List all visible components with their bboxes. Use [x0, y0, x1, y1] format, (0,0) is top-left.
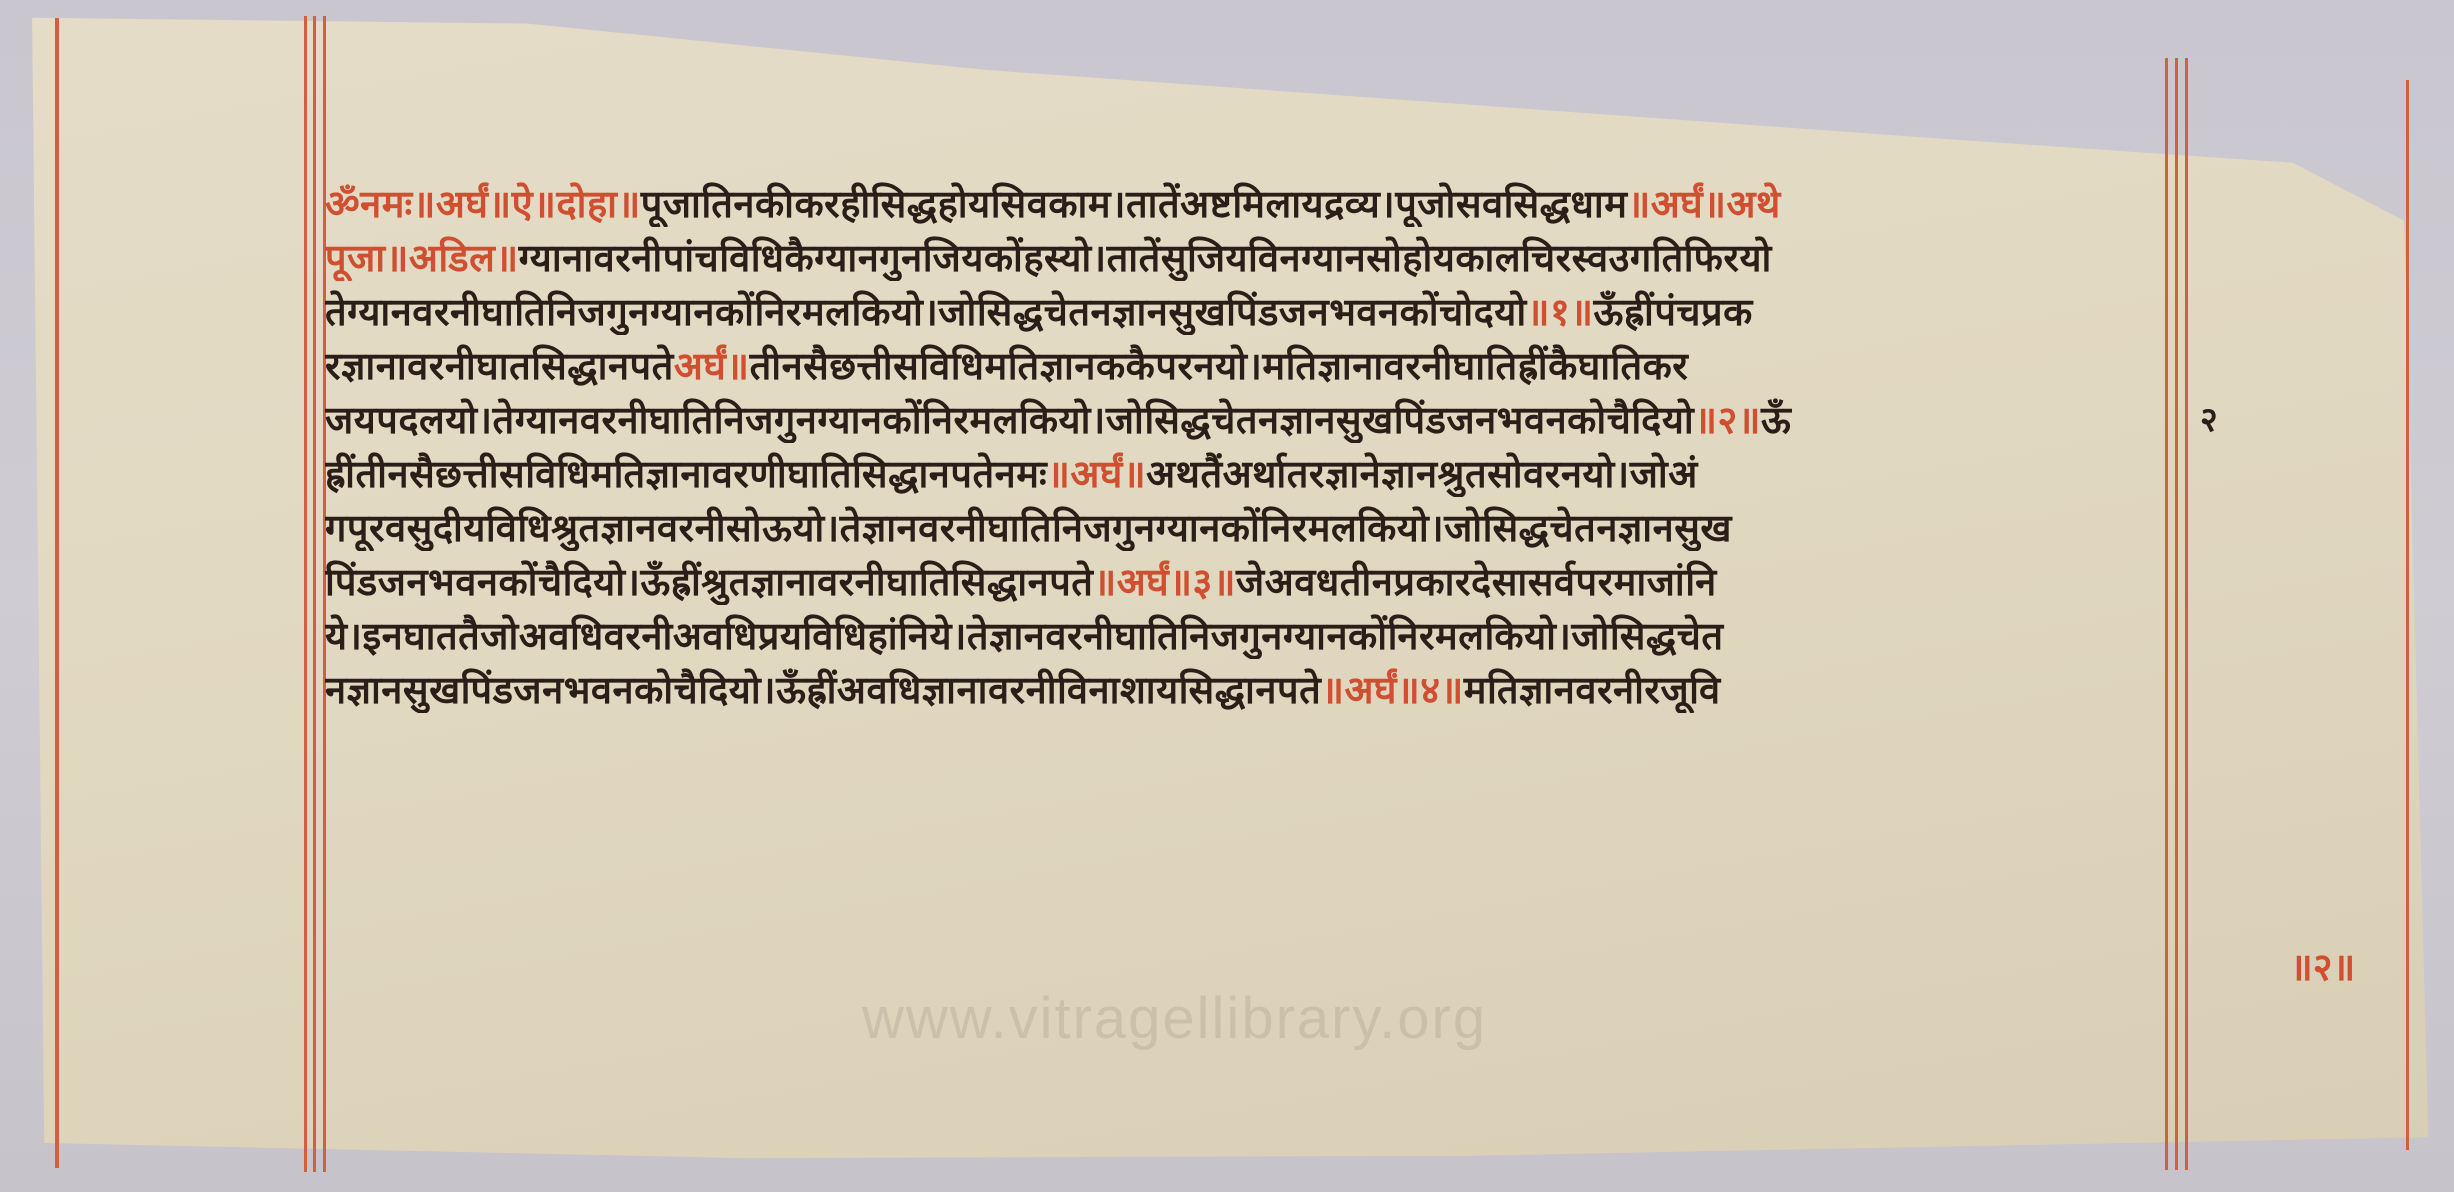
- line-text: जेअवधतीनप्रकारदेसासर्वपरमाजांनि: [1236, 559, 1717, 604]
- margin-numeral: २: [2200, 395, 2218, 441]
- watermark: www.vitragellibrary.org: [862, 985, 1487, 1052]
- line-text: तेग्यानवरनीघातिनिजगुनग्यानकोंनिरमलकियो।ज…: [325, 289, 1527, 334]
- left-margin-rule-1: [304, 16, 307, 1172]
- line-text: जयपदलयो।तेग्यानवरनीघातिनिजगुनग्यानकोंनिर…: [325, 397, 1694, 442]
- text-line-10: नज्ञानसुखपिंडजनभवनकोचैदियो।ऊँह्रींअवधिज्…: [325, 666, 2170, 713]
- folio-number-text: ॥२॥: [2290, 944, 2355, 989]
- text-line-8: पिंडजनभवनकोंचैदियो।ऊँह्रींश्रुतज्ञानावरन…: [325, 558, 2170, 605]
- line-text: नज्ञानसुखपिंडजनभवनकोचैदियो।ऊँह्रींअवधिज्…: [325, 667, 1321, 712]
- line-text: गपूरवसुदीयविधिश्रुतज्ञानवरनीसोऊयो।तेज्ञा…: [325, 505, 1732, 550]
- manuscript-text: ॐनमः॥अर्घं॥ऐ॥दोहा॥पूजातिनकीकरहीसिद्धहोयस…: [325, 180, 2170, 720]
- verse-number: ॥२॥: [1694, 397, 1761, 442]
- line-text: पिंडजनभवनकोंचैदियो।ऊँह्रींश्रुतज्ञानावरन…: [325, 559, 1093, 604]
- text-line-6: ह्रींतीनसैछत्तीसविधिमतिज्ञानावरणीघातिसिद…: [325, 450, 2170, 497]
- left-margin-rule-2: [313, 16, 316, 1172]
- text-line-3: तेग्यानवरनीघातिनिजगुनग्यानकोंनिरमलकियो।ज…: [325, 288, 2170, 335]
- right-margin-rule-2: [2175, 58, 2178, 1170]
- red-marker: ॥अर्घं॥४॥: [1321, 667, 1464, 712]
- line-text: ये।इनघाततैजोअवधिवरनीअवधिप्रयविधिहांनिये।…: [325, 613, 1724, 658]
- line-text: ह्रींतीनसैछत्तीसविधिमतिज्ञानावरणीघातिसिद…: [325, 451, 1047, 496]
- red-heading: पूजा॥अडिल॥: [325, 235, 519, 280]
- text-line-1: ॐनमः॥अर्घं॥ऐ॥दोहा॥पूजातिनकीकरहीसिद्धहोयस…: [325, 180, 2170, 227]
- line-text: पूजातिनकीकरहीसिद्धहोयसिवकाम।तातेंअष्टमिल…: [641, 181, 1628, 226]
- text-line-7: गपूरवसुदीयविधिश्रुतज्ञानवरनीसोऊयो।तेज्ञा…: [325, 504, 2170, 551]
- folio-number: ॥२॥: [2290, 940, 2355, 992]
- red-marker: ॥अर्घं॥अथे: [1627, 181, 1780, 226]
- text-line-9: ये।इनघाततैजोअवधिवरनीअवधिप्रयविधिहांनिये।…: [325, 612, 2170, 659]
- red-invocation: ॐनमः॥अर्घं॥ऐ॥दोहा॥: [325, 181, 641, 226]
- line-text: तीनसैछत्तीसविधिमतिज्ञानककैपरनयो।मतिज्ञान…: [750, 343, 1689, 388]
- text-line-4: रज्ञानावरनीघातसिद्धानपतेअर्घं॥तीनसैछत्ती…: [325, 342, 2170, 389]
- left-edge-rule: [55, 18, 59, 1168]
- line-text: रज्ञानावरनीघातसिद्धानपते: [325, 343, 674, 388]
- line-text: अथतैंअर्थातरज्ञानेज्ञानश्रुतसोवरनयो।जोअं: [1146, 451, 1698, 496]
- line-text: ऊँ: [1761, 397, 1791, 442]
- right-edge-rule: [2406, 80, 2409, 1150]
- red-marker: ॥अर्घं॥: [1047, 451, 1146, 496]
- text-line-2: पूजा॥अडिल॥ग्यानावरनीपांचविधिकैग्यानगुनजि…: [325, 234, 2170, 281]
- red-marker: अर्घं॥: [674, 343, 750, 388]
- line-text: ऊँह्रींपंचप्रक: [1593, 289, 1752, 334]
- text-line-5: जयपदलयो।तेग्यानवरनीघातिनिजगुनग्यानकोंनिर…: [325, 396, 2170, 443]
- right-margin-rule-3: [2185, 58, 2188, 1170]
- line-text: ग्यानावरनीपांचविधिकैग्यानगुनजियकोंहस्यो।…: [519, 235, 1772, 280]
- red-marker: ॥अर्घं॥३॥: [1093, 559, 1236, 604]
- line-text: मतिज्ञानवरनीरजूवि: [1464, 667, 1721, 712]
- verse-number: ॥१॥: [1527, 289, 1594, 334]
